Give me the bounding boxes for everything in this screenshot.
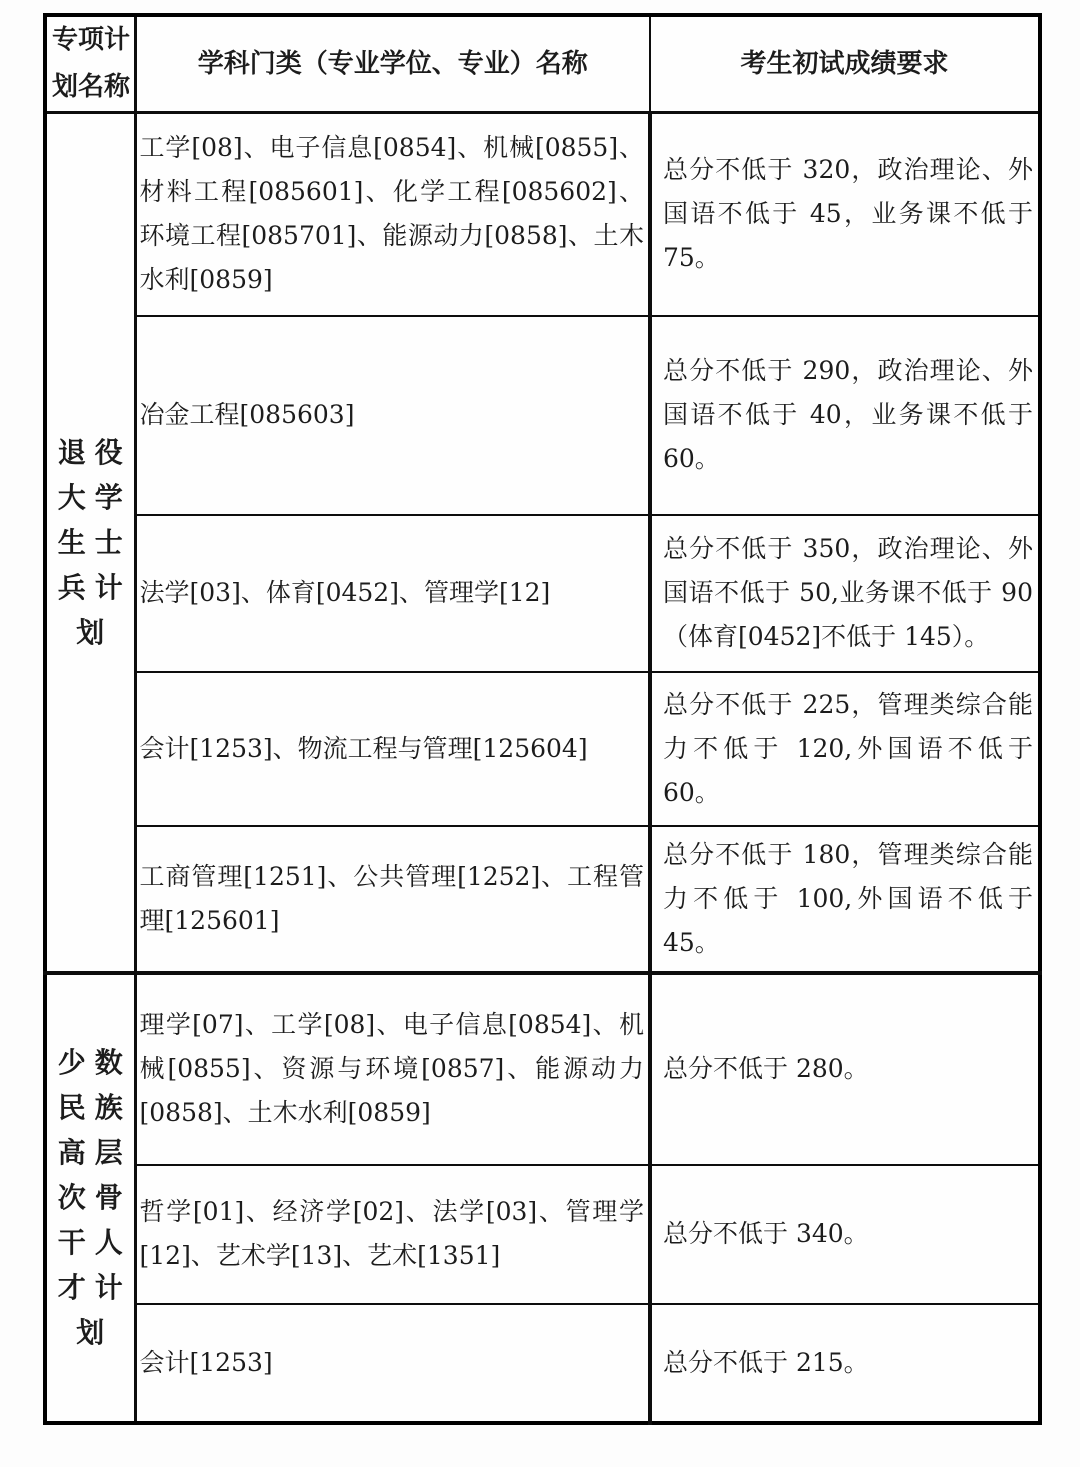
plan-name-line: 民族 [47,1085,134,1130]
table-row: 工商管理[1251]、公共管理[1252]、工程管理[125601] 总分不低于… [45,826,1040,973]
header-discipline: 学科门类（专业学位、专业）名称 [135,15,650,113]
majors-cell: 工学[08]、电子信息[0854]、机械[0855]、材料工程[085601]、… [135,113,650,316]
requirement-cell: 总分不低于 225，管理类综合能力不低于 120,外国语不低于 60。 [650,672,1040,826]
majors-cell: 法学[03]、体育[0452]、管理学[12] [135,515,650,672]
table-row: 法学[03]、体育[0452]、管理学[12] 总分不低于 350，政治理论、外… [45,515,1040,672]
majors-cell: 会计[1253] [135,1304,650,1423]
table-row: 退役 大学 生士 兵计 划 工学[08]、电子信息[0854]、机械[0855]… [45,113,1040,316]
header-score-requirement: 考生初试成绩要求 [650,15,1040,113]
plan-name-line: 划 [47,610,134,655]
header-plan-name-line: 专项计 [52,17,132,64]
plan-name-line: 高层 [47,1130,134,1175]
plan-name-line: 兵计 [47,565,134,610]
requirement-cell: 总分不低于 340。 [650,1165,1040,1304]
table-row: 冶金工程[085603] 总分不低于 290，政治理论、外国语不低于 40，业务… [45,316,1040,515]
header-row: 专项计 划名称 学科门类（专业学位、专业）名称 考生初试成绩要求 [45,15,1040,113]
table-row: 会计[1253]、物流工程与管理[125604] 总分不低于 225，管理类综合… [45,672,1040,826]
plan-name-line: 划 [47,1310,134,1355]
table-header: 专项计 划名称 学科门类（专业学位、专业）名称 考生初试成绩要求 [45,15,1040,113]
majors-cell: 理学[07]、工学[08]、电子信息[0854]、机械[0855]、资源与环境[… [135,973,650,1165]
section-veteran-soldier-plan: 退役 大学 生士 兵计 划 工学[08]、电子信息[0854]、机械[0855]… [45,113,1040,973]
majors-cell: 冶金工程[085603] [135,316,650,515]
header-plan-name: 专项计 划名称 [45,15,135,113]
plan-name-line: 生士 [47,520,134,565]
majors-cell: 哲学[01]、经济学[02]、法学[03]、管理学[12]、艺术学[13]、艺术… [135,1165,650,1304]
requirement-cell: 总分不低于 350，政治理论、外国语不低于 50,业务课不低于 90（体育[04… [650,515,1040,672]
plan-name-line: 干人 [47,1220,134,1265]
plan-name-line: 才计 [47,1265,134,1310]
requirement-cell: 总分不低于 180，管理类综合能力不低于 100,外国语不低于 45。 [650,826,1040,973]
plan-name-line: 少数 [47,1040,134,1085]
majors-cell: 工商管理[1251]、公共管理[1252]、工程管理[125601] [135,826,650,973]
plan-cell-veteran: 退役 大学 生士 兵计 划 [45,113,135,973]
plan-name-line: 退役 [47,430,134,475]
table-row: 会计[1253] 总分不低于 215。 [45,1304,1040,1423]
table-row: 少数 民族 高层 次骨 干人 才计 划 理学[07]、工学[08]、电子信息[0… [45,973,1040,1165]
requirement-cell: 总分不低于 290，政治理论、外国语不低于 40，业务课不低于 60。 [650,316,1040,515]
score-requirements-table: 专项计 划名称 学科门类（专业学位、专业）名称 考生初试成绩要求 退役 大学 生… [43,13,1042,1425]
plan-name-line: 次骨 [47,1175,134,1220]
requirement-cell: 总分不低于 320，政治理论、外国语不低于 45，业务课不低于 75。 [650,113,1040,316]
requirement-cell: 总分不低于 215。 [650,1304,1040,1423]
section-minority-talent-plan: 少数 民族 高层 次骨 干人 才计 划 理学[07]、工学[08]、电子信息[0… [45,973,1040,1423]
plan-cell-minority: 少数 民族 高层 次骨 干人 才计 划 [45,973,135,1423]
requirement-cell: 总分不低于 280。 [650,973,1040,1165]
majors-cell: 会计[1253]、物流工程与管理[125604] [135,672,650,826]
document-page: 专项计 划名称 学科门类（专业学位、专业）名称 考生初试成绩要求 退役 大学 生… [0,0,1080,1467]
header-plan-name-line: 划名称 [52,64,132,111]
plan-name-line: 大学 [47,475,134,520]
table-row: 哲学[01]、经济学[02]、法学[03]、管理学[12]、艺术学[13]、艺术… [45,1165,1040,1304]
